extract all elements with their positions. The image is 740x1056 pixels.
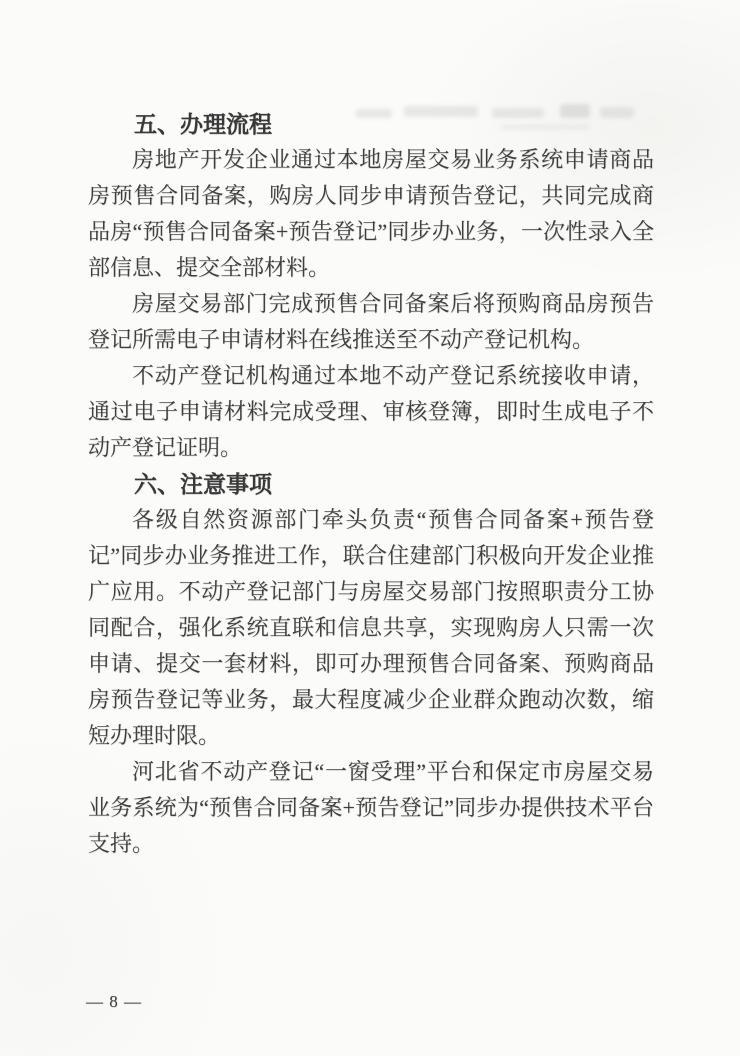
section-heading-6: 六、注意事项 — [88, 466, 654, 502]
document-body: 五、办理流程 房地产开发企业通过本地房屋交易业务系统申请商品房预售合同备案，购房… — [88, 106, 654, 862]
paragraph: 不动产登记机构通过本地不动产登记系统接收申请，通过电子申请材料完成受理、审核登簿… — [88, 358, 654, 466]
paragraph: 河北省不动产登记“一窗受理”平台和保定市房屋交易业务系统为“预售合同备案+预告登… — [88, 754, 654, 862]
page-number: — 8 — — [86, 992, 142, 1012]
scanned-document-page: 五、办理流程 房地产开发企业通过本地房屋交易业务系统申请商品房预售合同备案，购房… — [0, 0, 740, 1056]
paragraph: 房屋交易部门完成预售合同备案后将预购商品房预告登记所需电子申请材料在线推送至不动… — [88, 286, 654, 358]
section-heading-5: 五、办理流程 — [88, 106, 654, 142]
paragraph: 房地产开发企业通过本地房屋交易业务系统申请商品房预售合同备案，购房人同步申请预告… — [88, 142, 654, 286]
paragraph: 各级自然资源部门牵头负责“预售合同备案+预告登记”同步办业务推进工作，联合住建部… — [88, 502, 654, 754]
